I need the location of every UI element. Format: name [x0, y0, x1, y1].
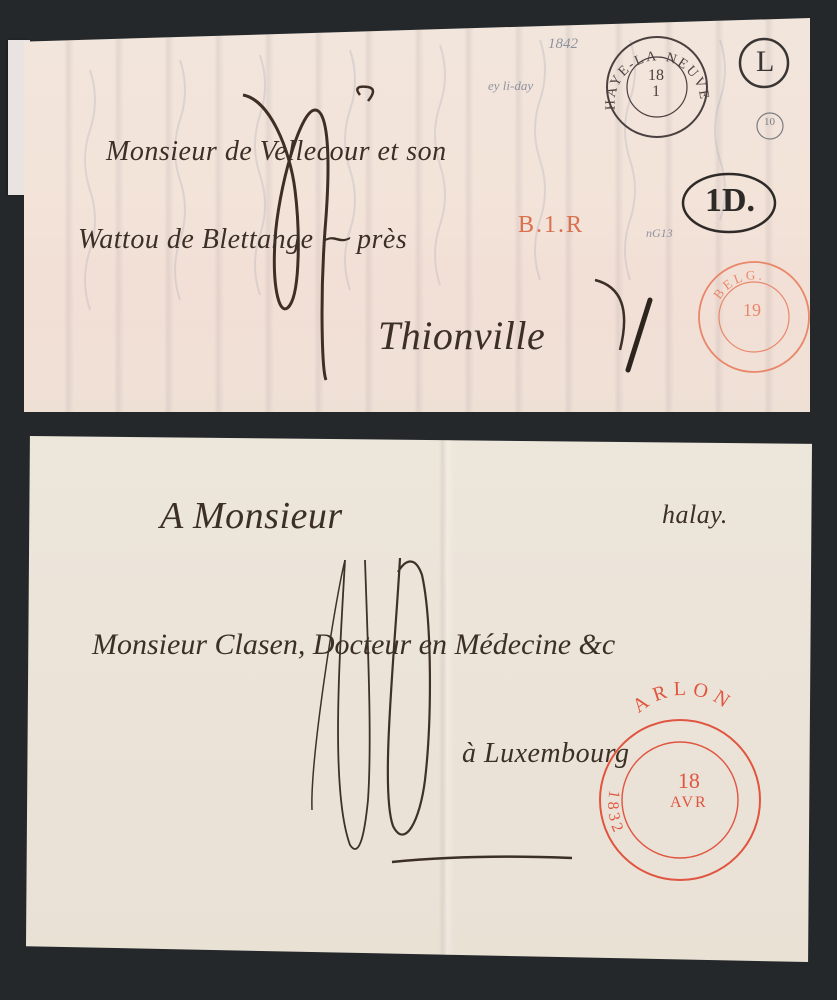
arlon-postmark-date: 18 AVR: [670, 770, 708, 814]
pencil-note-small: nG13: [646, 226, 673, 241]
oval-1d-text: 1D.: [705, 182, 755, 220]
letter-l-text: L: [756, 45, 774, 79]
postmark-date: 18 1: [648, 68, 664, 100]
belg-postmark-day: 19: [743, 300, 761, 321]
top-address-line-1: Monsieur de Vellecour et son: [106, 136, 447, 168]
top-address-line-3: Thionville: [378, 312, 545, 359]
pencil-note-sub: ey li-day: [488, 78, 533, 94]
pencil-circle-text: 10: [764, 116, 775, 128]
red-b1r-mark: B.1.R: [518, 212, 584, 239]
bottom-address-line-2: à Luxembourg: [462, 738, 630, 770]
top-address-line-2: Wattou de Blettange ⁓ près: [78, 222, 407, 256]
bottom-greeting: A Monsieur: [160, 494, 343, 538]
pencil-note-year: 1842: [548, 36, 578, 53]
bottom-address-line-1: Monsieur Clasen, Docteur en Médecine &c: [92, 628, 615, 662]
bottom-origin-note: halay.: [662, 500, 728, 530]
